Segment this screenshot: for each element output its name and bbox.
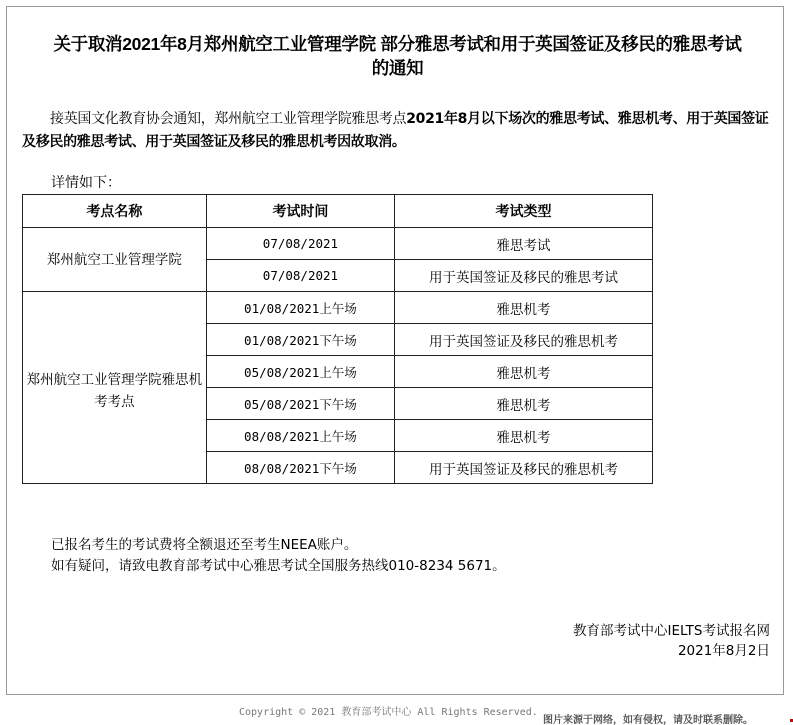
signature-org: 教育部考试中心IELTS考试报名网 [573, 622, 770, 640]
type-cell: 雅思考试 [395, 228, 653, 260]
time-cell: 08/08/2021下午场 [206, 452, 394, 484]
intro-paragraph: 接英国文化教育协会通知，郑州航空工业管理学院雅思考点2021年8月以下场次的雅思… [22, 108, 774, 154]
refund-note: 已报名考生的考试费将全额退还至考生NEEA账户。 [51, 536, 357, 554]
image-source-watermark: 图片来源于网络，如有侵权，请及时联系删除。 [543, 711, 753, 725]
intro-regular-text: 接英国文化教育协会通知，郑州航空工业管理学院雅思考点 [50, 111, 406, 127]
copyright-footer: Copyright © 2021 教育部考试中心 All Rights Rese… [239, 703, 538, 718]
notice-title-line2: 的通知 [20, 56, 775, 80]
type-cell: 用于英国签证及移民的雅思机考 [395, 452, 653, 484]
type-cell: 雅思机考 [395, 356, 653, 388]
time-cell: 05/08/2021上午场 [206, 356, 394, 388]
time-cell: 07/08/2021 [206, 228, 394, 260]
type-cell: 雅思机考 [395, 420, 653, 452]
header-time: 考试时间 [206, 195, 394, 228]
time-cell: 05/08/2021下午场 [206, 388, 394, 420]
details-label: 详情如下： [51, 174, 121, 192]
table-row: 郑州航空工业管理学院 07/08/2021 雅思考试 [23, 228, 653, 260]
type-cell: 雅思机考 [395, 292, 653, 324]
site-cell: 郑州航空工业管理学院雅思机考考点 [23, 292, 207, 484]
notice-title-line1: 关于取消2021年8月郑州航空工业管理学院 部分雅思考试和用于英国签证及移民的雅… [20, 32, 775, 56]
type-cell: 用于英国签证及移民的雅思考试 [395, 260, 653, 292]
hotline-note: 如有疑问，请致电教育部考试中心雅思考试全国服务热线010-8234 5671。 [51, 557, 506, 575]
site-cell: 郑州航空工业管理学院 [23, 228, 207, 292]
time-cell: 07/08/2021 [206, 260, 394, 292]
table-row: 郑州航空工业管理学院雅思机考考点 01/08/2021上午场 雅思机考 [23, 292, 653, 324]
type-cell: 用于英国签证及移民的雅思机考 [395, 324, 653, 356]
signature-date: 2021年8月2日 [678, 642, 770, 660]
time-cell: 01/08/2021下午场 [206, 324, 394, 356]
time-cell: 01/08/2021上午场 [206, 292, 394, 324]
header-type: 考试类型 [395, 195, 653, 228]
header-site: 考点名称 [23, 195, 207, 228]
time-cell: 08/08/2021上午场 [206, 420, 394, 452]
table-header-row: 考点名称 考试时间 考试类型 [23, 195, 653, 228]
cancelled-exams-table: 考点名称 考试时间 考试类型 郑州航空工业管理学院 07/08/2021 雅思考… [22, 194, 653, 484]
notice-title: 关于取消2021年8月郑州航空工业管理学院 部分雅思考试和用于英国签证及移民的雅… [20, 32, 775, 80]
type-cell: 雅思机考 [395, 388, 653, 420]
